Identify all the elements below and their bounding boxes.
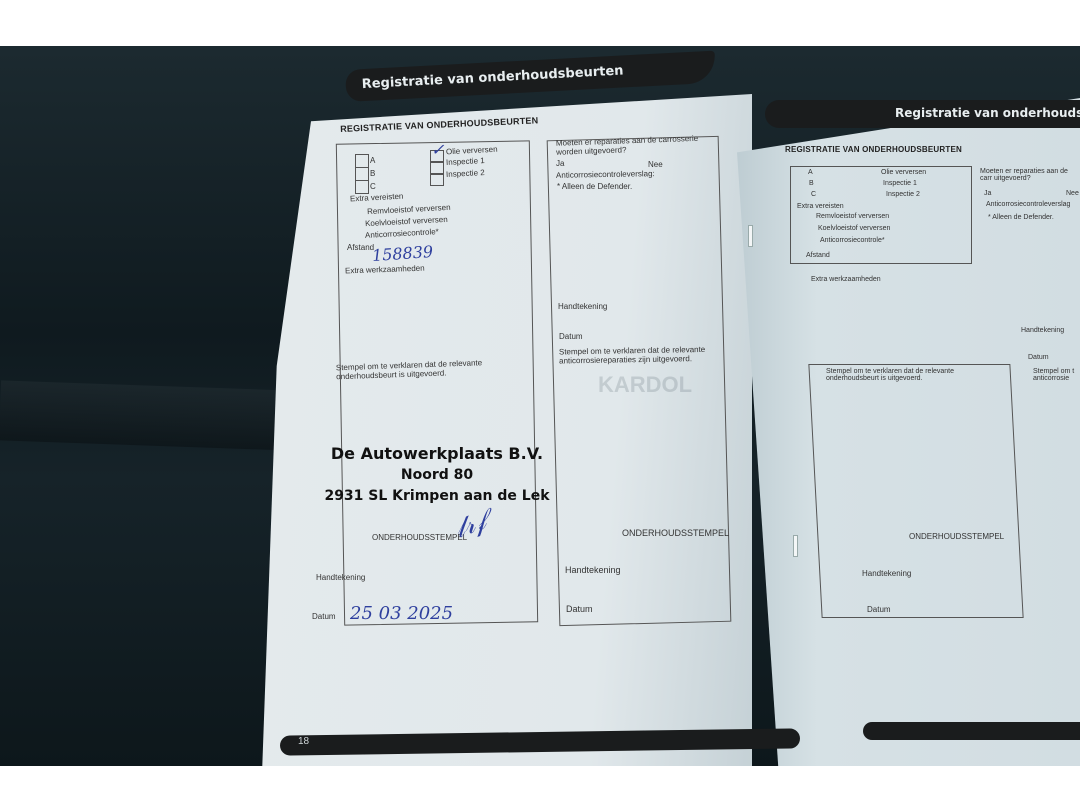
r-extra-req-label: Extra vereisten xyxy=(797,203,844,210)
right-footer-bar xyxy=(863,722,1080,740)
r-stamp-label: ONDERHOUDSSTEMPEL xyxy=(909,532,1004,541)
r-stamp-box xyxy=(808,364,1023,618)
r-signature-label: Handtekening xyxy=(862,569,911,578)
checkbox-inspectie1[interactable] xyxy=(430,162,444,174)
date-value: 25 03 2025 xyxy=(350,603,453,624)
right-bottom-date-label: Datum xyxy=(566,604,593,614)
r-service-b: B xyxy=(809,180,814,187)
seat-seam xyxy=(0,380,321,451)
r-date-label: Datum xyxy=(867,605,891,614)
yes-label: Ja xyxy=(556,159,564,168)
r-extra-req-1: Remvloeistof verversen xyxy=(816,213,889,220)
check-mark-icon: ✓ xyxy=(431,140,444,159)
r-distance-label: Afstand xyxy=(806,252,830,259)
anticorrosion-report-label: Anticorrosiecontroleverslag: xyxy=(556,169,655,180)
stamp-label: ONDERHOUDSSTEMPEL xyxy=(372,533,467,542)
r-extra-req-2: Koelvloeistof verversen xyxy=(818,225,890,232)
staple-bottom xyxy=(793,535,798,557)
r-service-a: A xyxy=(808,169,813,176)
stamp-street: Noord 80 xyxy=(322,467,552,483)
stamp-company: De Autowerkplaats B.V. xyxy=(322,444,552,463)
right-header-banner: Registratie van onderhoudsb xyxy=(765,100,1080,128)
right-bottom-signature-label: Handtekening xyxy=(565,565,621,575)
r-repairs-question: Moeten er reparaties aan de carr uitgevo… xyxy=(980,168,1080,182)
r-extra-req-3: Anticorrosiecontrole* xyxy=(820,237,885,244)
right-date-label: Datum xyxy=(559,332,583,341)
r-col2-stamp-note: Stempel om t anticorrosie xyxy=(1033,368,1080,382)
no-label: Nee xyxy=(648,160,663,169)
distance-label: Afstand xyxy=(347,243,374,252)
signature-label: Handtekening xyxy=(316,573,365,582)
page-number: 18 xyxy=(298,736,309,747)
r-defender-note: * Alleen de Defender. xyxy=(988,214,1054,221)
right-signature-label: Handtekening xyxy=(558,302,607,311)
faint-stamp-impression: KARDOL xyxy=(590,372,700,398)
defender-note: * Alleen de Defender. xyxy=(557,182,632,191)
r-yes-label: Ja xyxy=(984,190,991,197)
stamp-city: 2931 SL Krimpen aan de Lek xyxy=(322,488,552,504)
service-type-a: A xyxy=(370,156,375,165)
r-col2-date: Datum xyxy=(1028,354,1049,361)
right-stamp-label: ONDERHOUDSSTEMPEL xyxy=(622,528,729,538)
r-service-c: C xyxy=(811,191,816,198)
checkbox-inspectie2[interactable] xyxy=(430,174,444,186)
r-check-olie: Olie verversen xyxy=(881,169,926,176)
service-type-b: B xyxy=(370,169,375,178)
checkbox-a[interactable] xyxy=(355,154,369,168)
r-col2-signature: Handtekening xyxy=(1021,327,1064,334)
anticorrosion-stamp-note: Stempel om te verklaren dat de relevante… xyxy=(559,345,729,366)
checkbox-c[interactable] xyxy=(355,180,369,194)
service-type-c: C xyxy=(370,182,376,191)
r-check-inspectie2: Inspectie 2 xyxy=(886,191,920,198)
staple-top xyxy=(748,225,753,247)
r-check-inspectie1: Inspectie 1 xyxy=(883,180,917,187)
date-label: Datum xyxy=(312,612,336,621)
r-no-label: Nee xyxy=(1066,190,1079,197)
r-anticorrosion-label: Anticorrosiecontroleverslag xyxy=(986,201,1070,208)
checkbox-b[interactable] xyxy=(355,167,369,181)
r-extra-work-label: Extra werkzaamheden xyxy=(811,276,881,283)
right-section-title: REGISTRATIE VAN ONDERHOUDSBEURTEN xyxy=(785,145,962,154)
